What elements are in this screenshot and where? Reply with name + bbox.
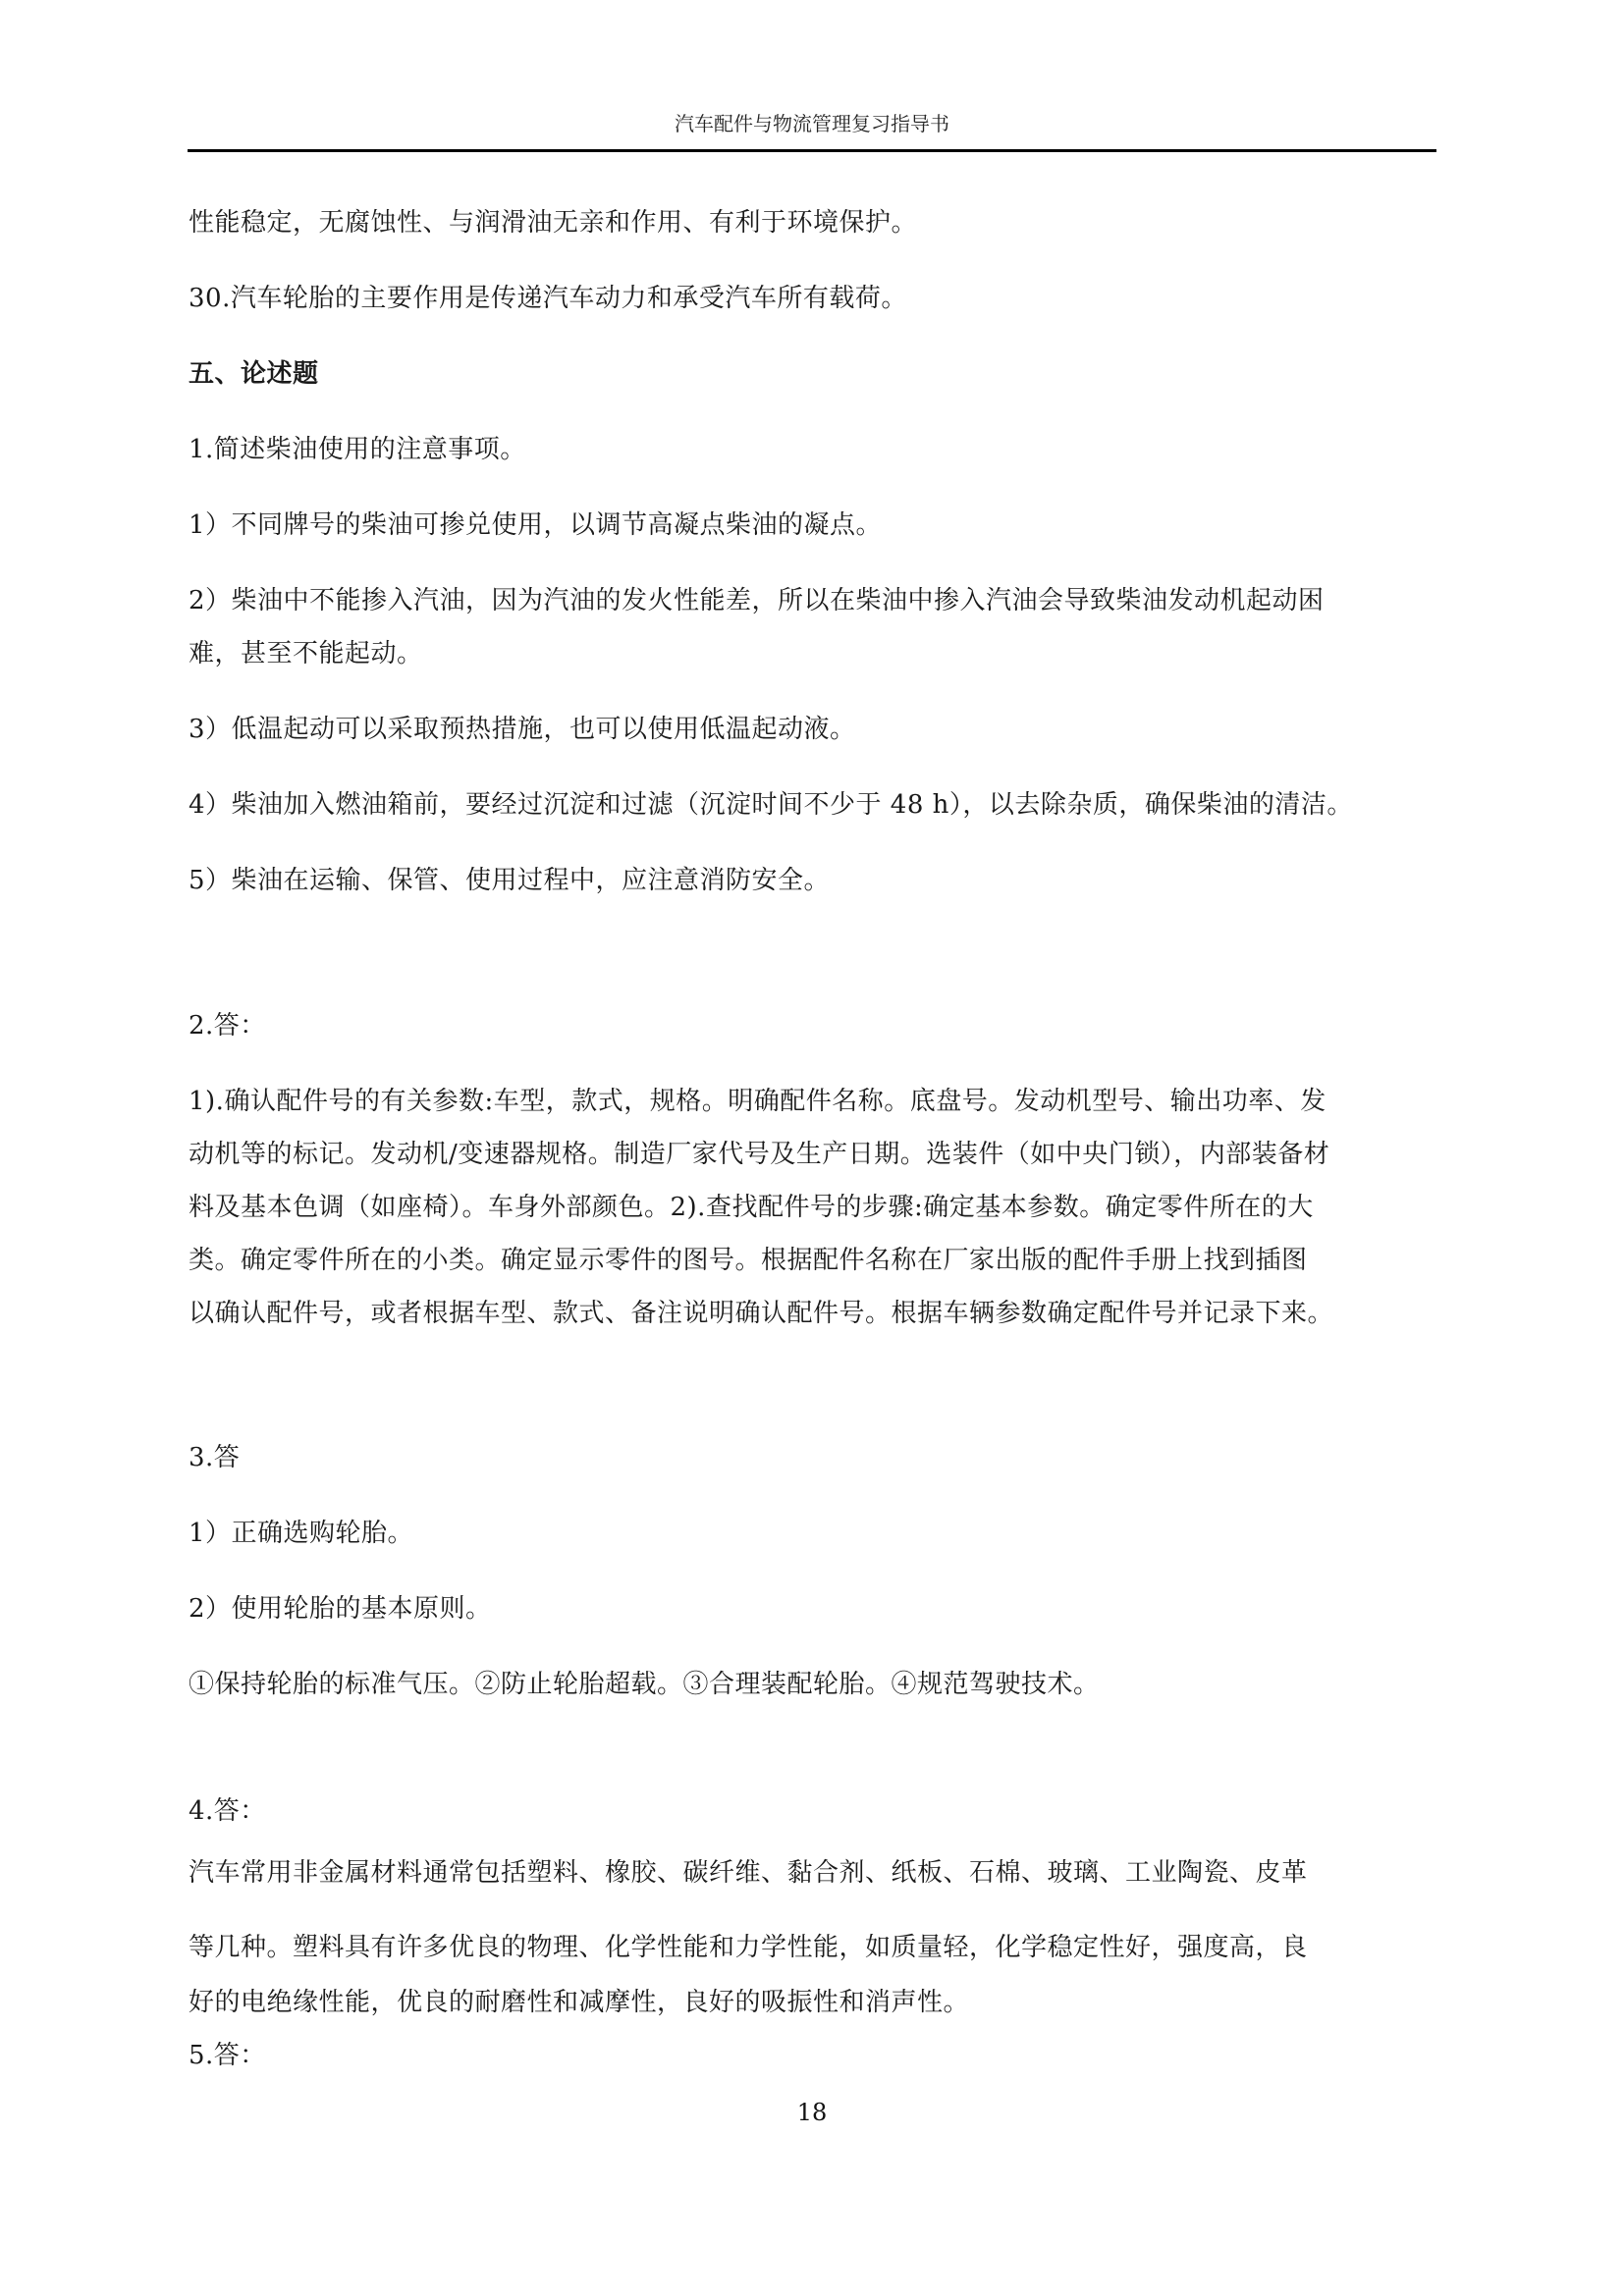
answer-3-line: ①保持轮胎的标准气压。②防止轮胎超载。③合理装配轮胎。④规范驾驶技术。 (189, 1668, 1100, 1701)
q1-point-4: 4）柴油加入燃油箱前，要经过沉淀和过滤（沉淀时间不少于 48 h），以去除杂质，… (189, 788, 1353, 822)
answer-4-line: 好的电绝缘性能，优良的耐磨性和减摩性，良好的吸振性和消声性。 (189, 1986, 969, 2019)
q1-point-2: 2）柴油中不能掺入汽油，因为汽油的发火性能差，所以在柴油中掺入汽油会导致柴油发动… (189, 584, 1325, 617)
answer-4-line: 等几种。塑料具有许多优良的物理、化学性能和力学性能，如质量轻，化学稳定性好，强度… (189, 1931, 1308, 1964)
answer-4-label: 4.答： (189, 1794, 266, 1828)
answer-2-label: 2.答： (189, 1009, 266, 1042)
q1-point-3: 3）低温起动可以采取预热措施，也可以使用低温起动液。 (189, 713, 856, 746)
answer-2-line: 料及基本色调（如座椅）。车身外部颜色。2).查找配件号的步骤:确定基本参数。确定… (189, 1191, 1314, 1224)
section-title: 五、论述题 (189, 357, 319, 391)
page-number: 18 (0, 2098, 1624, 2127)
answer-3-label: 3.答 (189, 1441, 240, 1474)
answer-2-line: 类。确定零件所在的小类。确定显示零件的图号。根据配件名称在厂家出版的配件手册上找… (189, 1244, 1308, 1277)
item-30: 30.汽车轮胎的主要作用是传递汽车动力和承受汽车所有载荷。 (189, 282, 907, 315)
q1-point-5: 5）柴油在运输、保管、使用过程中，应注意消防安全。 (189, 864, 830, 897)
answer-5-label: 5.答： (189, 2039, 266, 2072)
q1-point-2-cont: 难，甚至不能起动。 (189, 637, 423, 670)
answer-3-line: 1）正确选购轮胎。 (189, 1517, 413, 1550)
paragraph-continuation: 性能稳定，无腐蚀性、与润滑油无亲和作用、有利于环境保护。 (189, 206, 917, 240)
q1-point-1: 1）不同牌号的柴油可掺兑使用，以调节高凝点柴油的凝点。 (189, 508, 882, 542)
header-divider (188, 149, 1436, 152)
answer-4-line: 汽车常用非金属材料通常包括塑料、橡胶、碳纤维、黏合剂、纸板、石棉、玻璃、工业陶瓷… (189, 1856, 1308, 1890)
answer-3-line: 2）使用轮胎的基本原则。 (189, 1592, 492, 1626)
question-1: 1.简述柴油使用的注意事项。 (189, 433, 526, 466)
answer-2-line: 动机等的标记。发动机/变速器规格。制造厂家代号及生产日期。选装件（如中央门锁），… (189, 1138, 1329, 1171)
answer-2-line: 以确认配件号，或者根据车型、款式、备注说明确认配件号。根据车辆参数确定配件号并记… (189, 1297, 1333, 1330)
answer-2-line: 1).确认配件号的有关参数:车型，款式，规格。明确配件名称。底盘号。发动机型号、… (189, 1085, 1326, 1118)
running-header: 汽车配件与物流管理复习指导书 (188, 110, 1436, 137)
